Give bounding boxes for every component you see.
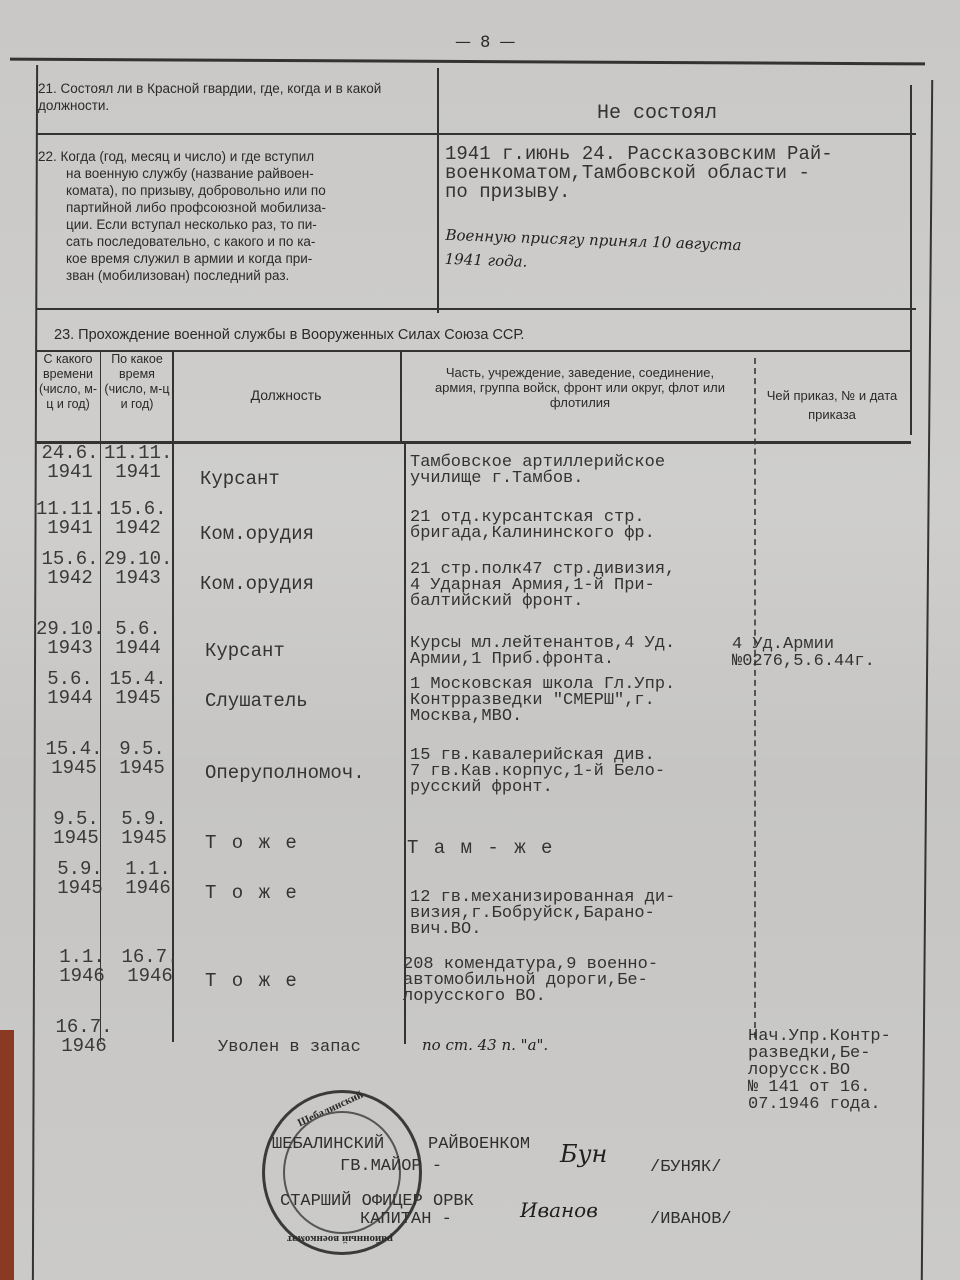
row-unit: Т а м - ж е — [407, 840, 757, 856]
col-to-divider — [172, 352, 174, 1042]
row-from: 15.6. 1942 — [36, 550, 104, 588]
row-unit: 21 стр.полк47 стр.дивизия, 4 Ударная Арм… — [410, 562, 760, 610]
q22-question: 22. Когда (год, месяц и число) и где вст… — [38, 148, 433, 284]
row-to: 29.10. 1943 — [104, 550, 172, 588]
row-position: Уволен в запас — [218, 1038, 361, 1057]
row-to: 11.11. 1941 — [104, 444, 172, 482]
top-rule — [10, 58, 925, 66]
header-from: С какого времени (число, м-ц и год) — [36, 352, 100, 412]
header-position: Должность — [175, 388, 397, 403]
q22-handwritten-oath: Военную присягу принял 10 августа 1941 г… — [444, 223, 742, 281]
header-to: По какое время (число, м-ц и год) — [102, 352, 172, 412]
q-divider — [437, 68, 439, 313]
row-from: 29.10. 1943 — [36, 620, 104, 658]
page-number: — 8 — — [455, 32, 517, 51]
row-to: 9.5. 1945 — [108, 740, 176, 778]
row-to: 15.4. 1945 — [104, 670, 172, 708]
signature-line4: КАПИТАН - — [360, 1210, 452, 1229]
q21-answer: Не состоял — [597, 105, 717, 122]
row-position: Т о ж е — [205, 832, 299, 854]
q22-bottom-rule — [36, 308, 916, 310]
row-unit: 208 комендатура,9 военно- автомобильной … — [403, 957, 753, 1005]
header-order: Чей приказ, № и дата приказа — [762, 386, 902, 424]
row-to: 5.6. 1944 — [104, 620, 172, 658]
row-order: Нач.Упр.Контр- разведки,Бе- лорусск.ВО №… — [748, 1028, 928, 1113]
signature-name1: /БУНЯК/ — [650, 1158, 721, 1177]
page-edge — [0, 1030, 14, 1280]
row-unit-handwritten: по ст. 43 п. "а". — [422, 1036, 548, 1054]
row-from: 9.5. 1945 — [42, 810, 110, 848]
row-position: Т о ж е — [205, 970, 299, 992]
q22-answer: 1941 г.июнь 24. Рассказовским Рай- военк… — [445, 145, 833, 202]
row-position: Слушатель — [205, 690, 308, 712]
row-position: Ком.орудия — [200, 523, 314, 545]
q21-question: 21. Состоял ли в Красной гвардии, где, к… — [38, 80, 433, 114]
q23-title: 23. Прохождение военной службы в Вооруже… — [54, 327, 524, 344]
row-position: Курсант — [200, 468, 280, 490]
row-position: Оперуполномоч. — [205, 762, 365, 784]
right-border-inner — [910, 85, 912, 435]
signature-scribble-1: Бун — [560, 1140, 607, 1168]
col-position-divider-header — [400, 352, 402, 444]
signature-line1: РАЙВОЕНКОМ — [428, 1135, 530, 1154]
row-unit: Тамбовское артиллерийское училище г.Тамб… — [410, 455, 760, 487]
signature-name2: /ИВАНОВ/ — [650, 1210, 732, 1229]
row-to: 15.6. 1942 — [104, 500, 172, 538]
stamp-bottom-text: районный военкомат — [287, 1233, 393, 1245]
stamp-top-text: Шебалинский — [296, 1089, 365, 1130]
row-from: 5.9. 1945 — [46, 860, 114, 898]
row-from: 1.1. 1946 — [48, 948, 116, 986]
row-unit: 21 отд.курсантская стр. бригада,Калининс… — [410, 510, 760, 542]
row-unit: Курсы мл.лейтенантов,4 Уд. Армии,1 Приб.… — [410, 636, 760, 668]
row-position: Т о ж е — [205, 882, 299, 904]
row-from: 5.6. 1944 — [36, 670, 104, 708]
row-to: 5.9. 1945 — [110, 810, 178, 848]
signature-scribble-2: Иванов — [520, 1198, 598, 1222]
row-from: 24.6. 1941 — [36, 444, 104, 482]
row-from: 16.7. 1946 — [50, 1018, 118, 1056]
row-unit: 12 гв.механизированная ди- визия,г.Бобру… — [410, 890, 760, 938]
q21-bottom-rule — [36, 133, 916, 135]
col-position-divider — [404, 444, 406, 1044]
row-to: 1.1. 1946 — [114, 860, 182, 898]
signature-line2: ГВ.МАЙОР - — [340, 1157, 442, 1176]
row-from: 11.11. 1941 — [36, 500, 104, 538]
row-unit: 1 Московская школа Гл.Упр. Контрразведки… — [410, 677, 760, 725]
signature-line3: СТАРШИЙ ОФИЦЕР ОРВК — [280, 1192, 474, 1211]
row-unit: 15 гв.кавалерийская див. 7 гв.Кав.корпус… — [410, 748, 760, 796]
row-to: 16.7. 1946 — [116, 948, 184, 986]
signature-line1-prefix: ШЕБАЛИНСКИЙ — [272, 1135, 384, 1154]
header-unit: Часть, учреждение, заведение, соединение… — [425, 365, 735, 410]
row-order: 4 Уд.Армии №0276,5.6.44г. — [732, 636, 932, 670]
row-position: Курсант — [205, 640, 285, 662]
row-from: 15.4. 1945 — [40, 740, 108, 778]
row-position: Ком.орудия — [200, 573, 314, 595]
